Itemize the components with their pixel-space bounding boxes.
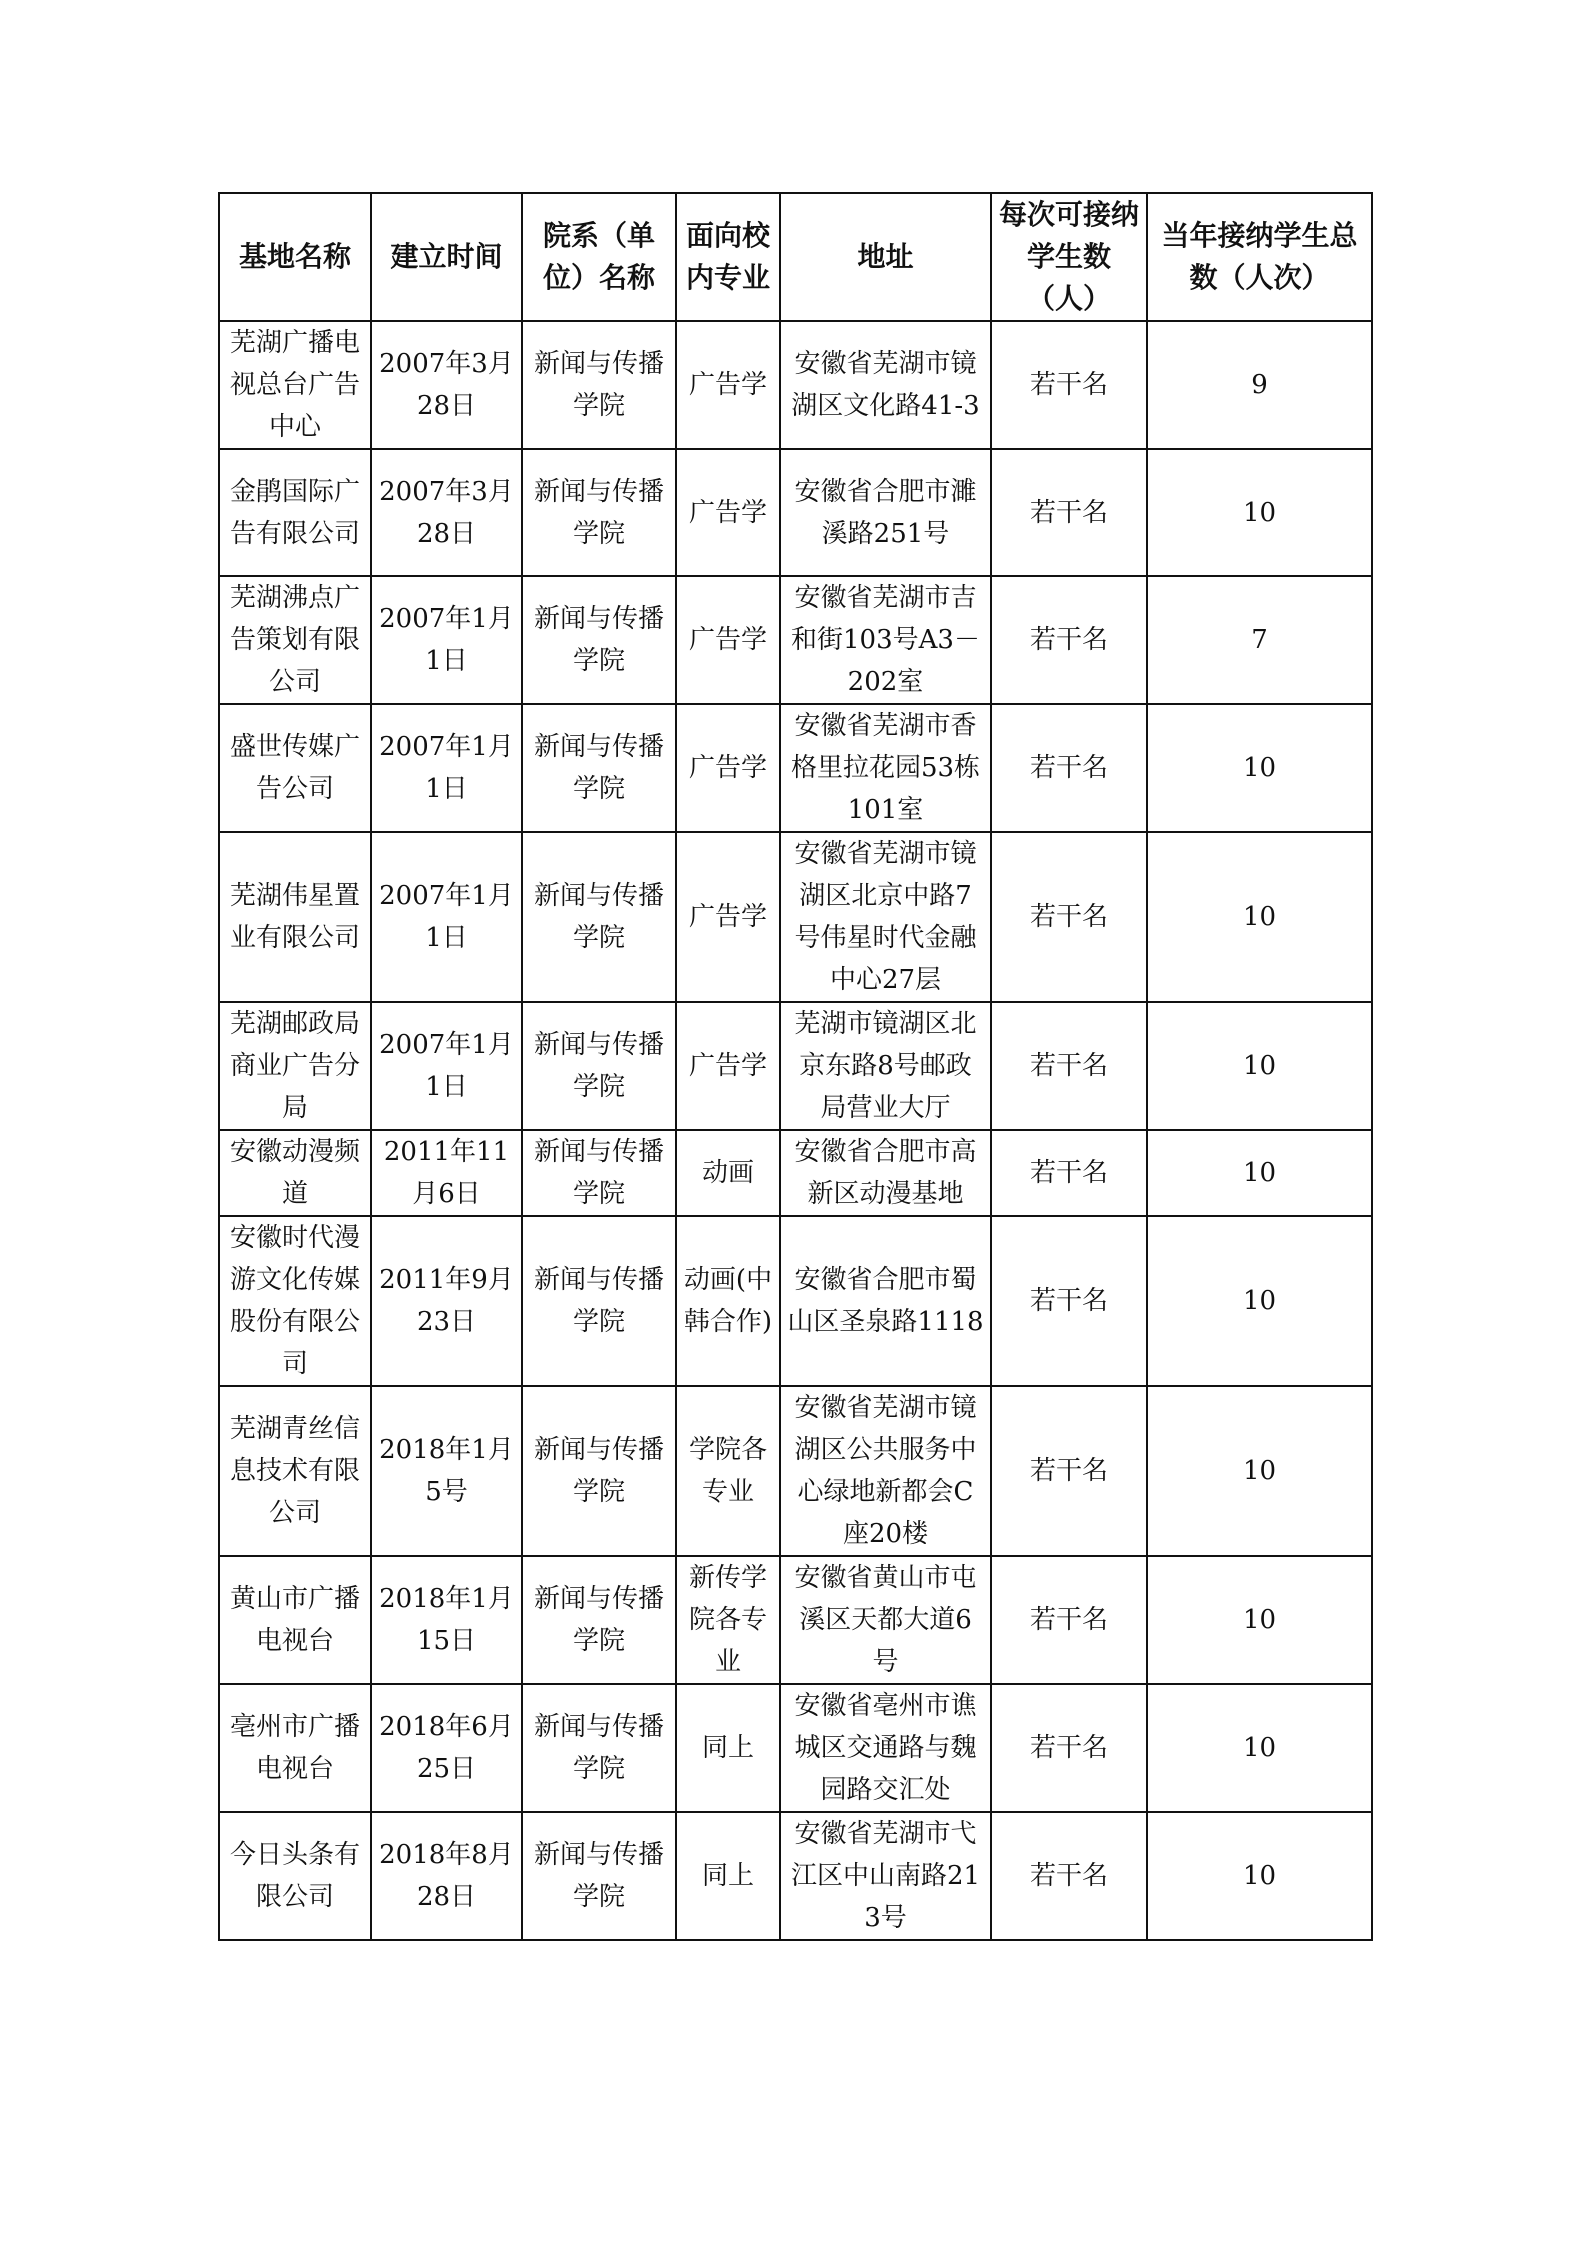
table-row: 盛世传媒广告公司 2007年1月1日 新闻与传播学院 广告学 安徽省芜湖市香格里…: [219, 704, 1372, 832]
table-row: 亳州市广播电视台 2018年6月25日 新闻与传播学院 同上 安徽省亳州市谯城区…: [219, 1684, 1372, 1812]
cell-department: 新闻与传播学院: [522, 1556, 676, 1684]
cell-capacity: 若干名: [991, 1216, 1147, 1386]
cell-established-date: 2007年3月28日: [371, 449, 522, 576]
cell-department: 新闻与传播学院: [522, 321, 676, 449]
cell-annual-total: 10: [1147, 1130, 1372, 1216]
cell-established-date: 2011年9月23日: [371, 1216, 522, 1386]
cell-address: 安徽省芜湖市香格里拉花园53栋101室: [780, 704, 991, 832]
cell-address: 安徽省芜湖市镜湖区公共服务中心绿地新都会C座20楼: [780, 1386, 991, 1556]
table-row: 安徽时代漫游文化传媒股份有限公司 2011年9月23日 新闻与传播学院 动画(中…: [219, 1216, 1372, 1386]
cell-annual-total: 10: [1147, 1684, 1372, 1812]
cell-target-major: 广告学: [676, 704, 780, 832]
cell-capacity: 若干名: [991, 1556, 1147, 1684]
table-row: 黄山市广播电视台 2018年1月15日 新闻与传播学院 新传学院各专业 安徽省黄…: [219, 1556, 1372, 1684]
cell-annual-total: 10: [1147, 1556, 1372, 1684]
cell-address: 安徽省芜湖市吉和街103号A3－202室: [780, 576, 991, 704]
cell-established-date: 2007年1月1日: [371, 576, 522, 704]
cell-department: 新闻与传播学院: [522, 832, 676, 1002]
practice-bases-table: 基地名称 建立时间 院系（单位）名称 面向校内专业 地址 每次可接纳学生数（人）…: [218, 192, 1373, 1941]
cell-base-name: 芜湖沸点广告策划有限公司: [219, 576, 371, 704]
header-capacity: 每次可接纳学生数（人）: [991, 193, 1147, 321]
cell-capacity: 若干名: [991, 449, 1147, 576]
cell-annual-total: 9: [1147, 321, 1372, 449]
cell-target-major: 同上: [676, 1812, 780, 1940]
header-target-major: 面向校内专业: [676, 193, 780, 321]
cell-department: 新闻与传播学院: [522, 576, 676, 704]
cell-department: 新闻与传播学院: [522, 1812, 676, 1940]
header-annual-total: 当年接纳学生总数（人次）: [1147, 193, 1372, 321]
cell-target-major: 广告学: [676, 576, 780, 704]
cell-annual-total: 7: [1147, 576, 1372, 704]
document-page: 基地名称 建立时间 院系（单位）名称 面向校内专业 地址 每次可接纳学生数（人）…: [0, 0, 1587, 2245]
cell-base-name: 芜湖青丝信息技术有限公司: [219, 1386, 371, 1556]
cell-established-date: 2007年1月1日: [371, 1002, 522, 1130]
cell-annual-total: 10: [1147, 1386, 1372, 1556]
cell-target-major: 新传学院各专业: [676, 1556, 780, 1684]
header-established-date: 建立时间: [371, 193, 522, 321]
cell-target-major: 广告学: [676, 449, 780, 576]
cell-capacity: 若干名: [991, 576, 1147, 704]
cell-established-date: 2007年1月1日: [371, 704, 522, 832]
cell-department: 新闻与传播学院: [522, 1684, 676, 1812]
cell-base-name: 金鹃国际广告有限公司: [219, 449, 371, 576]
cell-department: 新闻与传播学院: [522, 704, 676, 832]
cell-address: 安徽省芜湖市镜湖区北京中路7号伟星时代金融中心27层: [780, 832, 991, 1002]
cell-target-major: 动画: [676, 1130, 780, 1216]
cell-address: 安徽省黄山市屯溪区天都大道6号: [780, 1556, 991, 1684]
table-row: 芜湖伟星置业有限公司 2007年1月1日 新闻与传播学院 广告学 安徽省芜湖市镜…: [219, 832, 1372, 1002]
cell-established-date: 2018年8月28日: [371, 1812, 522, 1940]
cell-capacity: 若干名: [991, 704, 1147, 832]
cell-annual-total: 10: [1147, 1216, 1372, 1386]
cell-target-major: 广告学: [676, 832, 780, 1002]
cell-address: 安徽省合肥市濉溪路251号: [780, 449, 991, 576]
table-row: 安徽动漫频道 2011年11月6日 新闻与传播学院 动画 安徽省合肥市高新区动漫…: [219, 1130, 1372, 1216]
cell-established-date: 2018年6月25日: [371, 1684, 522, 1812]
cell-capacity: 若干名: [991, 1130, 1147, 1216]
cell-address: 安徽省亳州市谯城区交通路与魏园路交汇处: [780, 1684, 991, 1812]
cell-department: 新闻与传播学院: [522, 1216, 676, 1386]
cell-established-date: 2007年1月1日: [371, 832, 522, 1002]
table-row: 芜湖邮政局商业广告分局 2007年1月1日 新闻与传播学院 广告学 芜湖市镜湖区…: [219, 1002, 1372, 1130]
cell-annual-total: 10: [1147, 704, 1372, 832]
cell-established-date: 2007年3月28日: [371, 321, 522, 449]
table-row: 今日头条有限公司 2018年8月28日 新闻与传播学院 同上 安徽省芜湖市弋江区…: [219, 1812, 1372, 1940]
cell-annual-total: 10: [1147, 1002, 1372, 1130]
cell-address: 安徽省合肥市高新区动漫基地: [780, 1130, 991, 1216]
cell-department: 新闻与传播学院: [522, 449, 676, 576]
cell-target-major: 广告学: [676, 1002, 780, 1130]
cell-established-date: 2018年1月15日: [371, 1556, 522, 1684]
cell-annual-total: 10: [1147, 449, 1372, 576]
cell-base-name: 今日头条有限公司: [219, 1812, 371, 1940]
cell-target-major: 广告学: [676, 321, 780, 449]
cell-department: 新闻与传播学院: [522, 1130, 676, 1216]
cell-address: 安徽省合肥市蜀山区圣泉路1118: [780, 1216, 991, 1386]
cell-base-name: 芜湖广播电视总台广告中心: [219, 321, 371, 449]
cell-capacity: 若干名: [991, 321, 1147, 449]
cell-target-major: 动画(中韩合作): [676, 1216, 780, 1386]
cell-capacity: 若干名: [991, 832, 1147, 1002]
table-row: 芜湖青丝信息技术有限公司 2018年1月5号 新闻与传播学院 学院各专业 安徽省…: [219, 1386, 1372, 1556]
cell-base-name: 黄山市广播电视台: [219, 1556, 371, 1684]
table-row: 芜湖沸点广告策划有限公司 2007年1月1日 新闻与传播学院 广告学 安徽省芜湖…: [219, 576, 1372, 704]
cell-capacity: 若干名: [991, 1812, 1147, 1940]
cell-department: 新闻与传播学院: [522, 1002, 676, 1130]
cell-base-name: 芜湖邮政局商业广告分局: [219, 1002, 371, 1130]
cell-capacity: 若干名: [991, 1684, 1147, 1812]
cell-base-name: 安徽动漫频道: [219, 1130, 371, 1216]
table-header-row: 基地名称 建立时间 院系（单位）名称 面向校内专业 地址 每次可接纳学生数（人）…: [219, 193, 1372, 321]
cell-address: 安徽省芜湖市弋江区中山南路213号: [780, 1812, 991, 1940]
cell-base-name: 安徽时代漫游文化传媒股份有限公司: [219, 1216, 371, 1386]
cell-base-name: 芜湖伟星置业有限公司: [219, 832, 371, 1002]
table-row: 芜湖广播电视总台广告中心 2007年3月28日 新闻与传播学院 广告学 安徽省芜…: [219, 321, 1372, 449]
cell-base-name: 盛世传媒广告公司: [219, 704, 371, 832]
cell-address: 安徽省芜湖市镜湖区文化路41-3: [780, 321, 991, 449]
cell-annual-total: 10: [1147, 1812, 1372, 1940]
cell-capacity: 若干名: [991, 1386, 1147, 1556]
cell-base-name: 亳州市广播电视台: [219, 1684, 371, 1812]
header-address: 地址: [780, 193, 991, 321]
cell-annual-total: 10: [1147, 832, 1372, 1002]
table-row: 金鹃国际广告有限公司 2007年3月28日 新闻与传播学院 广告学 安徽省合肥市…: [219, 449, 1372, 576]
cell-established-date: 2011年11月6日: [371, 1130, 522, 1216]
cell-capacity: 若干名: [991, 1002, 1147, 1130]
header-department: 院系（单位）名称: [522, 193, 676, 321]
cell-department: 新闻与传播学院: [522, 1386, 676, 1556]
cell-target-major: 学院各专业: [676, 1386, 780, 1556]
header-base-name: 基地名称: [219, 193, 371, 321]
cell-address: 芜湖市镜湖区北京东路8号邮政局营业大厅: [780, 1002, 991, 1130]
cell-target-major: 同上: [676, 1684, 780, 1812]
cell-established-date: 2018年1月5号: [371, 1386, 522, 1556]
